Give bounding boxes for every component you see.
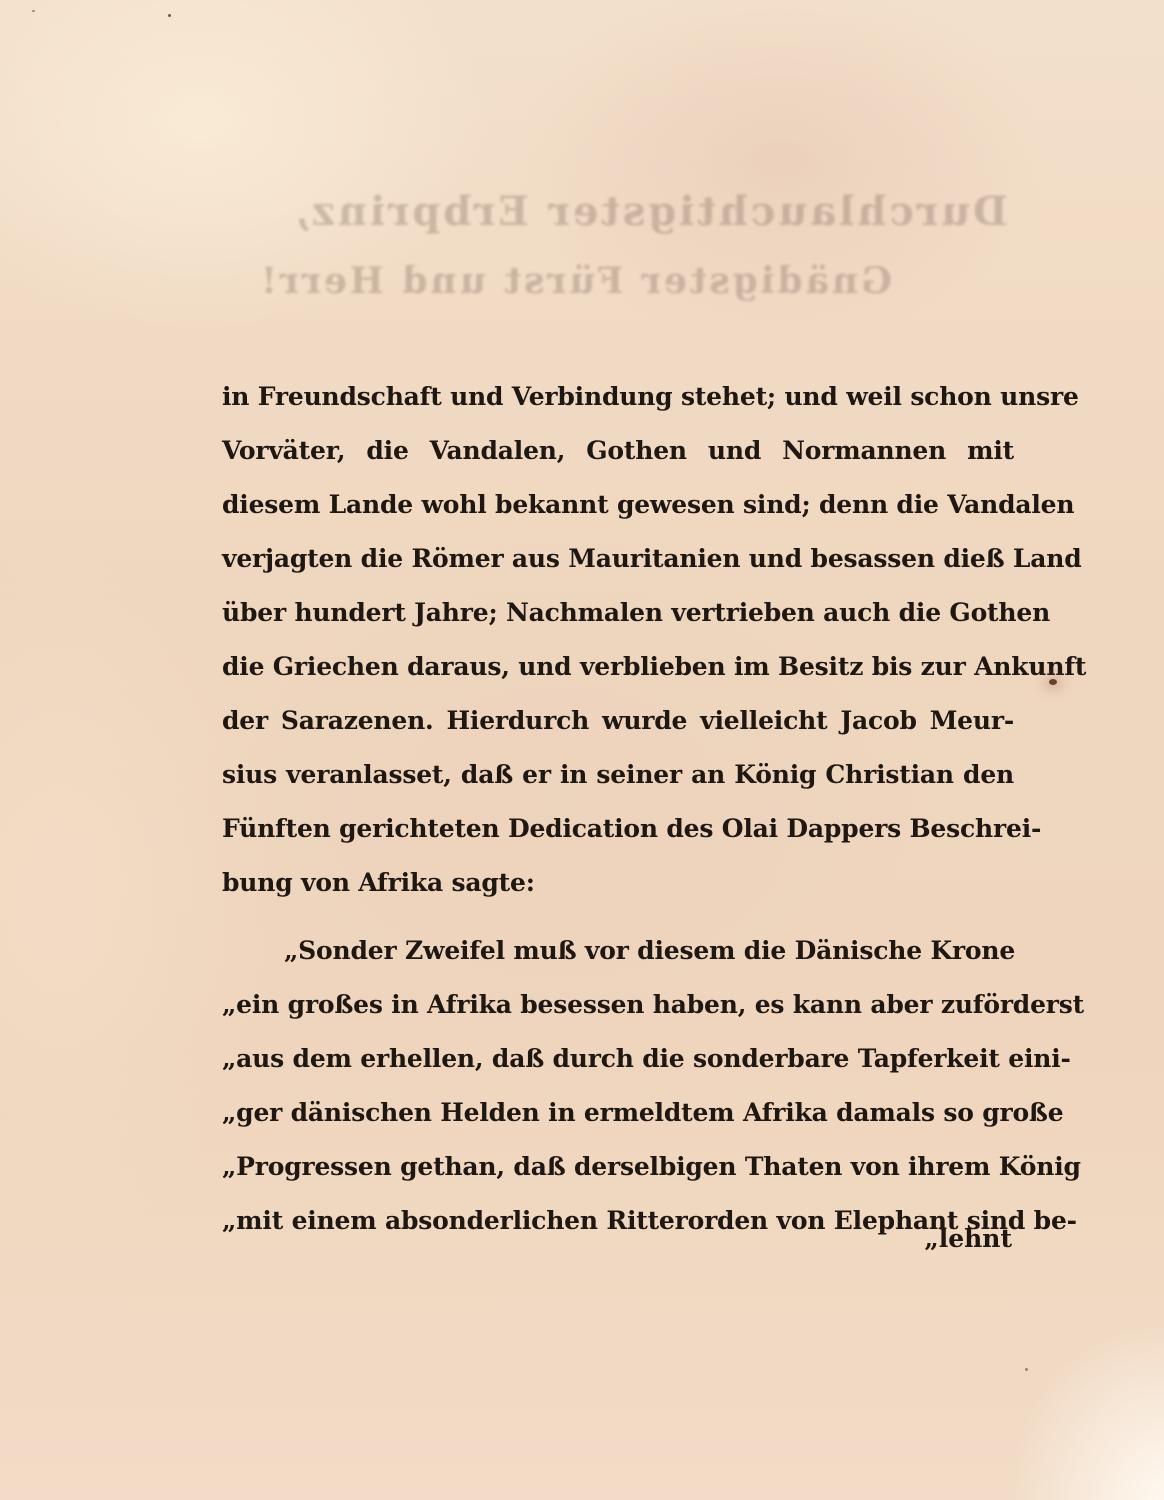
quote-line: „ein großes in Afrika besessen haben, es… — [222, 978, 1014, 1032]
quote-line: „mit einem absonderlichen Ritterorden vo… — [222, 1194, 1014, 1248]
text-line: bung von Afrika sagte: — [222, 856, 1014, 910]
quote-line: „aus dem erhellen, daß durch die sonderb… — [222, 1032, 1014, 1086]
show-through-heading-line-2: Gnädigster Fürst und Herr! — [250, 260, 900, 302]
text-line: sius veranlasset, daß er in seiner an Kö… — [222, 748, 1014, 802]
paper-speck — [168, 14, 171, 17]
text-line: Fünften gerichteten Dedication des Olai … — [222, 802, 1014, 856]
quote-line: „Sonder Zweifel muß vor diesem die Dänis… — [222, 924, 1014, 978]
ink-spot — [1049, 679, 1057, 685]
paragraph-gap — [222, 910, 1014, 924]
show-through-heading-line-1: Durchlauchtigster Erbprinz, — [270, 188, 1030, 235]
paper-speck — [1025, 1368, 1028, 1371]
body-text: in Freundschaft und Verbindung stehet; u… — [222, 370, 1014, 1248]
text-line: die Griechen daraus, und verblieben im B… — [222, 640, 1014, 694]
text-line: in Freundschaft und Verbindung stehet; u… — [222, 370, 1014, 424]
text-line: der Sarazenen. Hierdurch wurde vielleich… — [222, 694, 1014, 748]
quote-line: „ger dänischen Helden in ermeldtem Afrik… — [222, 1086, 1014, 1140]
paper-speck — [32, 10, 35, 12]
text-line: verjagten die Römer aus Mauritanien und … — [222, 532, 1014, 586]
text-line: Vorväter, die Vandalen, Gothen und Norma… — [222, 424, 1014, 478]
text-line: diesem Lande wohl bekannt gewesen sind; … — [222, 478, 1014, 532]
quote-line: „Progressen gethan, daß derselbigen That… — [222, 1140, 1014, 1194]
text-line: über hundert Jahre; Nachmalen vertrieben… — [222, 586, 1014, 640]
catchword: „lehnt — [924, 1212, 1012, 1266]
scanned-page: Durchlauchtigster Erbprinz, Gnädigster F… — [0, 0, 1164, 1500]
